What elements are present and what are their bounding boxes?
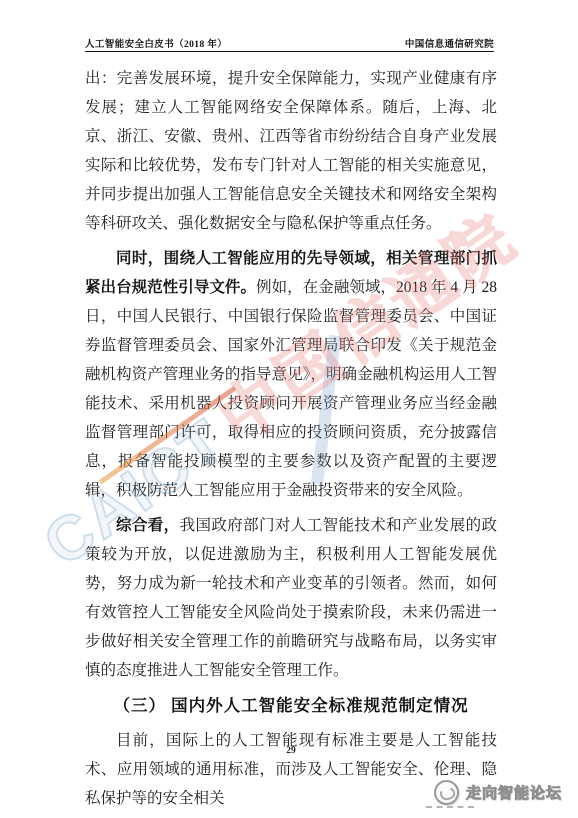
paragraph-3-lead: 综合看， bbox=[116, 517, 180, 534]
header-right-title: 中国信息通信研究院 bbox=[405, 36, 494, 50]
forum-logo-icon-glyph bbox=[438, 784, 457, 801]
header-rule bbox=[85, 51, 494, 52]
section-heading: （三） 国内外人工智能安全标准规范制定情况 bbox=[85, 691, 497, 720]
paragraph-1-text: 出：完善发展环境，提升安全保障能力，实现产业健康有序发展；建立人工智能网络安全保… bbox=[85, 70, 497, 232]
paragraph-2-text: 例如，在金融领域，2018 年 4 月 28 日，中国人民银行、中国银行保险监督… bbox=[85, 279, 497, 499]
document-page: 人工智能安全白皮书（2018 年） 中国信息通信研究院 出：完善发展环境，提升安… bbox=[0, 0, 578, 818]
paragraph-2: 同时，围绕人工智能应用的先导领域，相关管理部门抓紧出台规范性引导文件。例如，在金… bbox=[85, 244, 497, 505]
paragraph-3-text: 我国政府部门对人工智能技术和产业发展的政策较为开放，以促进激励为主，积极利用人工… bbox=[85, 517, 497, 679]
forum-logo-icon bbox=[434, 780, 459, 805]
paragraph-3: 综合看，我国政府部门对人工智能技术和产业发展的政策较为开放，以促进激励为主，积极… bbox=[85, 511, 497, 685]
forum-logo-label: 走向智能论坛 bbox=[466, 782, 562, 803]
paragraph-1: 出：完善发展环境，提升安全保障能力，实现产业健康有序发展；建立人工智能网络安全保… bbox=[85, 64, 497, 238]
header-left-title: 人工智能安全白皮书（2018 年） bbox=[85, 36, 227, 50]
forum-logo: 走向智能论坛 bbox=[434, 779, 562, 805]
page-header: 人工智能安全白皮书（2018 年） 中国信息通信研究院 bbox=[85, 36, 494, 50]
body-text: 出：完善发展环境，提升安全保障能力，实现产业健康有序发展；建立人工智能网络安全保… bbox=[85, 64, 497, 818]
